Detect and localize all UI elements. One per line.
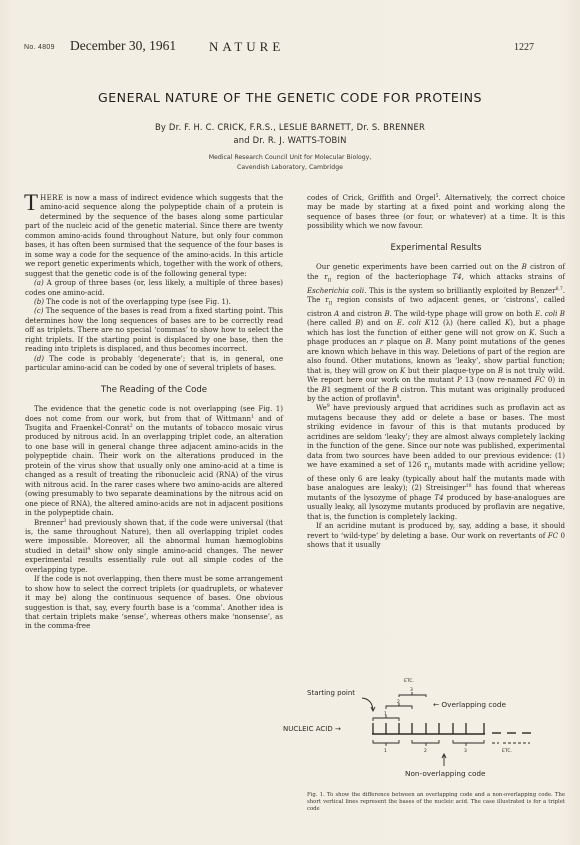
running-head: No. 4809 December 30, 1961 NATURE 1227 <box>24 38 534 58</box>
section-heading-reading-code: The Reading of the Code <box>25 386 283 395</box>
left-column: THERE is now a mass of indirect evidence… <box>25 193 283 631</box>
figure-1-diagram: Starting point ← Overlapping code NUCLEI… <box>300 686 575 791</box>
overlap-number-1: 1 <box>384 712 387 717</box>
authors-line-1: By Dr. F. H. C. CRICK, F.R.S., LESLIE BA… <box>0 121 580 134</box>
journal-name: NATURE <box>209 39 284 55</box>
overlap-etc: ETC. <box>404 679 414 684</box>
affiliation-line-2: Cavendish Laboratory, Cambridge <box>0 163 580 173</box>
figure-1-caption: Fig. 1. To show the difference between a… <box>307 792 565 813</box>
non-overlapping-code-label: Non-overlapping code <box>405 769 486 778</box>
issue-date: December 30, 1961 <box>70 38 176 54</box>
nonoverlap-number-2: 2 <box>424 749 427 754</box>
nonoverlap-etc: ETC. <box>502 749 512 754</box>
list-item-a: (a) A group of three bases (or, less lik… <box>25 278 283 297</box>
journal-page: No. 4809 December 30, 1961 NATURE 1227 G… <box>0 0 580 845</box>
authors-line-2: and Dr. R. J. WATTS-TOBIN <box>0 134 580 147</box>
starting-point-label: Starting point <box>307 689 355 697</box>
issue-number: No. 4809 <box>24 44 55 51</box>
list-item-b: (b) The code is not of the overlapping t… <box>25 297 283 306</box>
citation[interactable]: 6,7 <box>556 287 563 292</box>
nonoverlap-number-1: 1 <box>384 749 387 754</box>
article-title: GENERAL NATURE OF THE GENETIC CODE FOR P… <box>0 90 580 105</box>
overlap-number-3: 3 <box>410 688 413 693</box>
paragraph: We9 have previously argued that acridine… <box>307 403 565 521</box>
nonoverlap-number-3: 3 <box>464 749 467 754</box>
nucleic-acid-label: NUCLEIC ACID → <box>283 725 341 733</box>
drop-cap: T <box>24 194 38 212</box>
author-list: By Dr. F. H. C. CRICK, F.R.S., LESLIE BA… <box>0 121 580 147</box>
page-number: 1227 <box>514 42 534 53</box>
right-column: codes of Crick, Griffith and Orgel5. Alt… <box>307 193 565 550</box>
paragraph: Brenner3 had previously shown that, if t… <box>25 518 283 575</box>
overlapping-code-label: ← Overlapping code <box>433 700 506 709</box>
list-item-d: (d) The code is probably ‘degenerate’; t… <box>25 354 283 373</box>
paragraph: The evidence that the genetic code is no… <box>25 404 283 517</box>
overlap-number-2: 2 <box>397 700 400 705</box>
lead-caps: HERE <box>40 193 63 202</box>
paragraph: codes of Crick, Griffith and Orgel5. Alt… <box>307 193 565 231</box>
list-item-c: (c) The sequence of the bases is read fr… <box>25 306 283 353</box>
affiliation-line-1: Medical Research Council Unit for Molecu… <box>0 153 580 163</box>
section-heading-experimental-results: Experimental Results <box>307 244 565 253</box>
paragraph: If an acridine mutant is produced by, sa… <box>307 521 565 549</box>
affiliation: Medical Research Council Unit for Molecu… <box>0 153 580 172</box>
paragraph: Our genetic experiments have been carrie… <box>307 262 565 403</box>
paragraph: If the code is not overlapping, then the… <box>25 574 283 631</box>
intro-paragraph: THERE is now a mass of indirect evidence… <box>25 193 283 278</box>
